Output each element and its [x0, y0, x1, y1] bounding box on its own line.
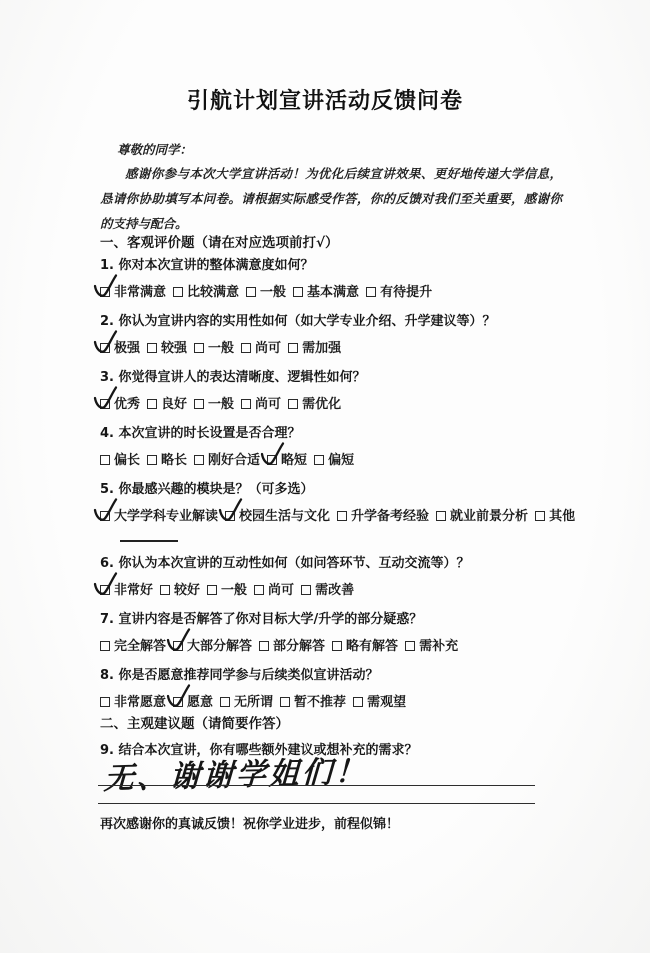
options-row: 非常愿意愿意无所谓暂不推荐需观望: [100, 694, 600, 711]
option-label: 基本满意: [307, 285, 359, 300]
option: 就业前景分析: [436, 508, 528, 525]
greeting: 尊敬的同学：: [117, 140, 192, 158]
section-heading-subjective: 二、主观建议题（请简要作答）: [100, 712, 289, 732]
option-label: 无所谓: [234, 695, 273, 710]
option-label: 一般: [208, 397, 234, 412]
option: 优秀: [100, 396, 140, 413]
option: 大部分解答: [173, 638, 252, 655]
option: 完全解答: [100, 638, 166, 655]
options-row: 偏长略长刚好合适略短偏短: [100, 452, 600, 469]
option: 愿意: [173, 694, 213, 711]
option: 偏短: [314, 452, 354, 469]
option: 一般: [194, 396, 234, 413]
option: 刚好合适: [194, 452, 260, 469]
option: 良好: [147, 396, 187, 413]
checkbox-icon: [147, 399, 157, 409]
option: 升学备考经验: [337, 508, 429, 525]
option-label: 需加强: [302, 341, 341, 356]
checkbox-icon: [246, 287, 256, 297]
option: 需补充: [405, 638, 458, 655]
option: 需观望: [353, 694, 406, 711]
checkbox-icon: [207, 585, 217, 595]
question-block: 8. 你是否愿意推荐同学参与后续类似宣讲活动？非常愿意愿意无所谓暂不推荐需观望: [100, 667, 600, 711]
checkbox-icon: [241, 399, 251, 409]
option: 部分解答: [259, 638, 325, 655]
option-label: 一般: [260, 285, 286, 300]
question-text: 7. 宣讲内容是否解答了你对目标大学/升学的部分疑惑？: [100, 611, 600, 628]
option-label: 有待提升: [380, 285, 432, 300]
option-label: 尚可: [268, 583, 294, 598]
option-label: 一般: [208, 341, 234, 356]
question-block: 2. 你认为宣讲内容的实用性如何（如大学专业介绍、升学建议等）？极强较强一般尚可…: [100, 313, 600, 357]
options-row: 完全解答大部分解答部分解答略有解答需补充: [100, 638, 600, 655]
checkbox-icon: [100, 585, 110, 595]
option-label: 优秀: [114, 397, 140, 412]
option-label: 良好: [161, 397, 187, 412]
question-block: 3. 你觉得宣讲人的表达清晰度、逻辑性如何？优秀良好一般尚可需优化: [100, 369, 600, 413]
checkbox-icon: [147, 455, 157, 465]
option: 无所谓: [220, 694, 273, 711]
option: 一般: [207, 582, 247, 599]
option: 大学学科专业解读: [100, 508, 218, 525]
checkbox-icon: [314, 455, 324, 465]
question-block: 4. 本次宣讲的时长设置是否合理？偏长略长刚好合适略短偏短: [100, 425, 600, 469]
option-label: 略有解答: [346, 639, 398, 654]
option: 尚可: [241, 396, 281, 413]
option: 一般: [194, 340, 234, 357]
option: 基本满意: [293, 284, 359, 301]
option: 需优化: [288, 396, 341, 413]
options-row: 优秀良好一般尚可需优化: [100, 396, 600, 413]
checkbox-icon: [293, 287, 303, 297]
question-text: 4. 本次宣讲的时长设置是否合理？: [100, 425, 600, 442]
closing-text: 再次感谢你的真诚反馈！祝你学业进步，前程似锦！: [100, 813, 399, 832]
checkbox-icon: [194, 455, 204, 465]
checkbox-icon: [220, 697, 230, 707]
option: 一般: [246, 284, 286, 301]
checkbox-icon: [259, 641, 269, 651]
option: 略长: [147, 452, 187, 469]
option-label: 一般: [221, 583, 247, 598]
option: 较好: [160, 582, 200, 599]
option: 校园生活与文化: [225, 508, 330, 525]
option: 有待提升: [366, 284, 432, 301]
option-label: 需观望: [367, 695, 406, 710]
option-label: 尚可: [255, 397, 281, 412]
option-label: 大部分解答: [187, 639, 252, 654]
option-label: 非常愿意: [114, 695, 166, 710]
option-label: 愿意: [187, 695, 213, 710]
checkbox-icon: [173, 697, 183, 707]
option-label: 需补充: [419, 639, 458, 654]
checkbox-icon: [173, 641, 183, 651]
checkbox-icon: [366, 287, 376, 297]
option-label: 部分解答: [273, 639, 325, 654]
question-block: 7. 宣讲内容是否解答了你对目标大学/升学的部分疑惑？完全解答大部分解答部分解答…: [100, 611, 600, 655]
question-block: 1. 你对本次宣讲的整体满意度如何？非常满意比较满意一般基本满意有待提升: [100, 257, 600, 301]
option-label: 校园生活与文化: [239, 509, 330, 524]
checkbox-icon: [147, 343, 157, 353]
answer-line: [98, 803, 535, 804]
checkbox-icon: [337, 511, 347, 521]
option: 较强: [147, 340, 187, 357]
answer-area: 无、谢谢学姐们！: [98, 748, 535, 812]
option: 尚可: [254, 582, 294, 599]
checkbox-icon: [100, 455, 110, 465]
option-label: 其他: [549, 509, 575, 524]
checkbox-icon: [267, 455, 277, 465]
objective-questions-list: 1. 你对本次宣讲的整体满意度如何？非常满意比较满意一般基本满意有待提升2. 你…: [100, 257, 600, 723]
checkbox-icon: [301, 585, 311, 595]
checkbox-icon: [332, 641, 342, 651]
checkbox-icon: [100, 399, 110, 409]
question-text: 6. 你认为本次宣讲的互动性如何（如问答环节、互动交流等）？: [100, 555, 600, 572]
checkbox-icon: [280, 697, 290, 707]
option: 非常好: [100, 582, 153, 599]
checkbox-icon: [173, 287, 183, 297]
option: 略短: [267, 452, 307, 469]
option: 尚可: [241, 340, 281, 357]
question-text: 8. 你是否愿意推荐同学参与后续类似宣讲活动？: [100, 667, 600, 684]
question-text: 2. 你认为宣讲内容的实用性如何（如大学专业介绍、升学建议等）？: [100, 313, 600, 330]
option-label: 暂不推荐: [294, 695, 346, 710]
question-block: 5. 你最感兴趣的模块是？（可多选）大学学科专业解读校园生活与文化升学备考经验就…: [100, 481, 600, 543]
handwritten-answer: 无、谢谢学姐们！: [103, 746, 369, 797]
answer-line: [98, 785, 535, 786]
option-label: 尚可: [255, 341, 281, 356]
option: 非常满意: [100, 284, 166, 301]
section-heading-objective: 一、客观评价题（请在对应选项前打√）: [100, 231, 339, 251]
option-label: 偏长: [114, 453, 140, 468]
checkbox-icon: [353, 697, 363, 707]
checkbox-icon: [100, 697, 110, 707]
option-label: 需优化: [302, 397, 341, 412]
checkbox-icon: [436, 511, 446, 521]
checkbox-icon: [194, 399, 204, 409]
options-row: 非常好较好一般尚可需改善: [100, 582, 600, 599]
option: 暂不推荐: [280, 694, 346, 711]
option: 偏长: [100, 452, 140, 469]
option: 极强: [100, 340, 140, 357]
option-label: 升学备考经验: [351, 509, 429, 524]
checkbox-icon: [241, 343, 251, 353]
options-row: 极强较强一般尚可需加强: [100, 340, 600, 357]
option-label: 比较满意: [187, 285, 239, 300]
option-label: 略短: [281, 453, 307, 468]
question-block: 6. 你认为本次宣讲的互动性如何（如问答环节、互动交流等）？非常好较好一般尚可需…: [100, 555, 600, 599]
intro-paragraph: 感谢你参与本次大学宣讲活动！为优化后续宣讲效果、更好地传递大学信息，恳请你协助填…: [100, 161, 562, 236]
checkbox-icon: [535, 511, 545, 521]
checkbox-icon: [100, 287, 110, 297]
checkbox-icon: [288, 399, 298, 409]
option-label: 就业前景分析: [450, 509, 528, 524]
options-row: 大学学科专业解读校园生活与文化升学备考经验就业前景分析其他: [100, 508, 600, 525]
other-option-blank-line: [120, 540, 178, 543]
question-text: 3. 你觉得宣讲人的表达清晰度、逻辑性如何？: [100, 369, 600, 386]
checkbox-icon: [225, 511, 235, 521]
option-label: 需改善: [315, 583, 354, 598]
question-text: 1. 你对本次宣讲的整体满意度如何？: [100, 257, 600, 274]
scanned-questionnaire-page: 引航计划宣讲活动反馈问卷 尊敬的同学： 感谢你参与本次大学宣讲活动！为优化后续宣…: [0, 0, 650, 953]
option-label: 非常好: [114, 583, 153, 598]
option: 其他: [535, 508, 575, 525]
checkbox-icon: [100, 641, 110, 651]
option: 需加强: [288, 340, 341, 357]
option: 略有解答: [332, 638, 398, 655]
option-label: 偏短: [328, 453, 354, 468]
option-label: 极强: [114, 341, 140, 356]
option-label: 较好: [174, 583, 200, 598]
option: 需改善: [301, 582, 354, 599]
options-row: 非常满意比较满意一般基本满意有待提升: [100, 284, 600, 301]
checkbox-icon: [100, 343, 110, 353]
checkbox-icon: [100, 511, 110, 521]
option: 比较满意: [173, 284, 239, 301]
checkbox-icon: [194, 343, 204, 353]
option: 非常愿意: [100, 694, 166, 711]
option-label: 略长: [161, 453, 187, 468]
checkbox-icon: [254, 585, 264, 595]
checkbox-icon: [288, 343, 298, 353]
option-label: 完全解答: [114, 639, 166, 654]
question-text: 5. 你最感兴趣的模块是？（可多选）: [100, 481, 600, 498]
option-label: 较强: [161, 341, 187, 356]
checkbox-icon: [160, 585, 170, 595]
option-label: 刚好合适: [208, 453, 260, 468]
checkbox-icon: [405, 641, 415, 651]
option-label: 大学学科专业解读: [114, 509, 218, 524]
page-title: 引航计划宣讲活动反馈问卷: [0, 84, 650, 115]
option-label: 非常满意: [114, 285, 166, 300]
